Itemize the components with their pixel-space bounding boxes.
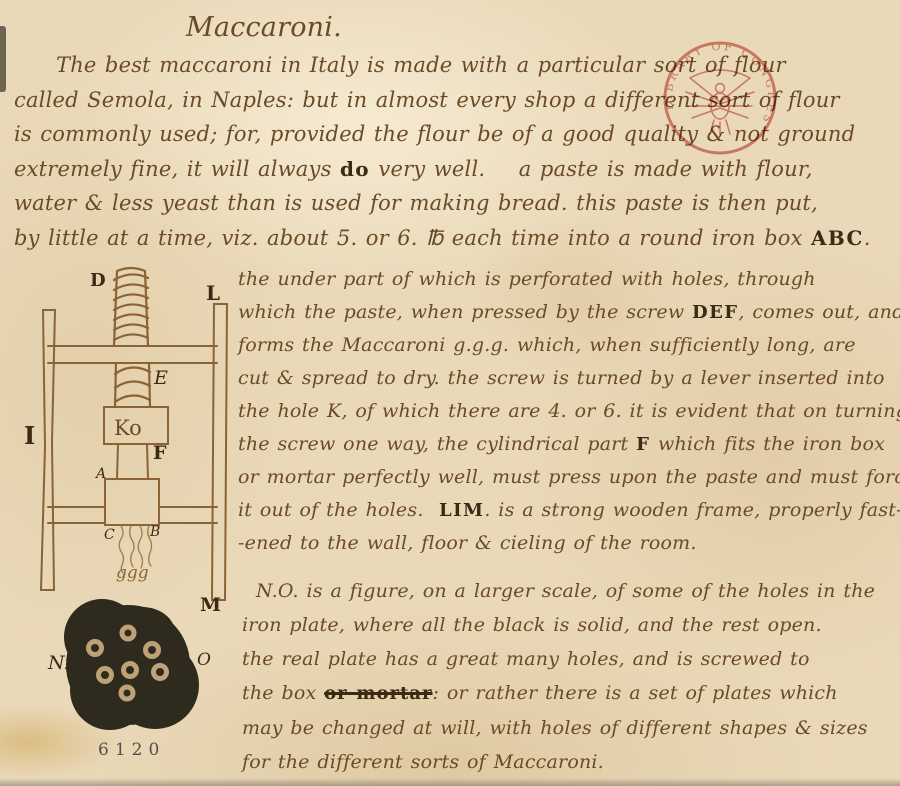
press-description-paragraph: the under part of which is perforated wi…: [238, 263, 900, 560]
perforated-plate-figure: N. O 6120: [40, 595, 220, 770]
text-line: iron plate, where all the black is solid…: [242, 608, 875, 642]
text-line: which the paste, when pressed by the scr…: [238, 296, 900, 329]
text-line: the screw one way, the cylindrical part …: [238, 428, 900, 461]
label-c: C: [104, 527, 115, 543]
top-crossbar: [48, 346, 217, 363]
text-line: water & less yeast than is used for maki…: [14, 186, 871, 221]
page-title: Maccaroni.: [186, 12, 342, 43]
text-line: the box or mortar: or rather there is a …: [242, 676, 875, 711]
text-line: the hole K, of which there are 4. or 6. …: [238, 395, 900, 428]
scan-bottom-edge: [0, 778, 900, 786]
label-e: E: [153, 367, 168, 389]
text-line: N.O. is a figure, on a larger scale, of …: [242, 574, 875, 608]
stamp-text: LIBRARY OF CONGRESS: [656, 36, 778, 127]
bottom-crossbar: [48, 507, 217, 523]
text-line: or mortar perfectly well, must press upo…: [238, 461, 900, 494]
piston-cylinder: [117, 444, 148, 479]
text-line: may be changed at will, with holes of di…: [242, 711, 875, 745]
paper-edge-tear: [0, 26, 6, 92]
catalog-number: 6120: [98, 740, 165, 760]
text-line: by little at a time, viz. about 5. or 6.…: [14, 221, 871, 256]
library-of-congress-stamp: LIBRARY OF CONGRESS: [656, 36, 784, 164]
text-line: it out of the holes. LIM. is a strong wo…: [238, 494, 900, 527]
iron-box: [105, 479, 159, 525]
press-frame: [41, 304, 227, 600]
left-post: [41, 310, 55, 590]
label-n: N.: [47, 652, 69, 674]
text-line: the real plate has a great many holes, a…: [242, 642, 875, 676]
text-line: forms the Maccaroni g.g.g. which, when s…: [238, 329, 900, 362]
plate-description-paragraph: N.O. is a figure, on a larger scale, of …: [242, 574, 875, 779]
label-d: D: [90, 270, 106, 291]
label-l: L: [206, 281, 220, 305]
label-ko: Ko: [114, 416, 142, 440]
text-line: for the different sorts of Maccaroni.: [242, 745, 875, 779]
manuscript-page: Maccaroni. The best maccaroni in Italy i…: [0, 0, 900, 786]
screw: [114, 268, 150, 407]
label-ggg: ggg: [116, 563, 149, 583]
text-line: cut & spread to dry. the screw is turned…: [238, 362, 900, 395]
macaroni-press-figure: D L E I Ko F A C B ggg M: [18, 262, 238, 614]
label-a: A: [94, 466, 106, 482]
label-i: I: [24, 421, 35, 450]
right-post: [212, 304, 227, 600]
label-f: F: [153, 442, 167, 464]
eagle-icon: [686, 70, 754, 136]
label-b: B: [149, 524, 160, 540]
text-line: -ened to the wall, floor & cieling of th…: [238, 527, 900, 560]
text-line: the under part of which is perforated wi…: [238, 263, 900, 296]
label-o: O: [197, 650, 211, 670]
